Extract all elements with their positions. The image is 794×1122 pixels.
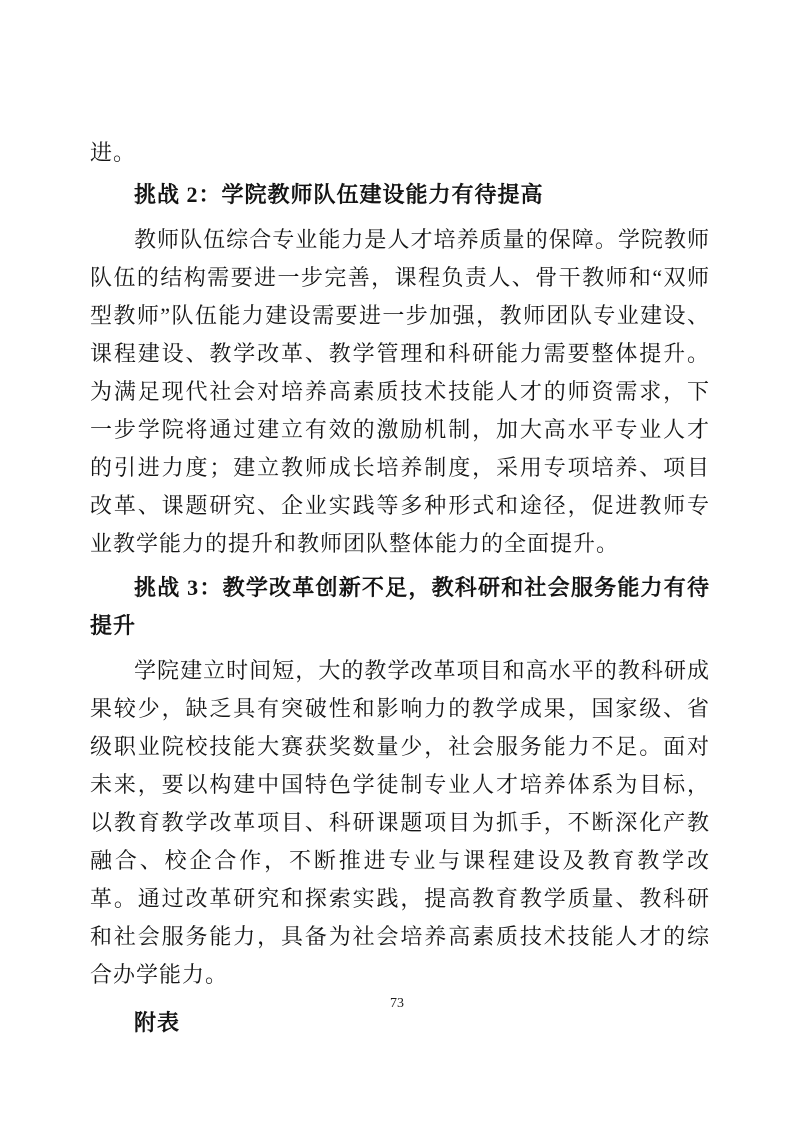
page-number: 73	[0, 995, 794, 1013]
section-heading-challenge-3: 挑战 3：教学改革创新不足，教科研和社会服务能力有待提升	[90, 569, 710, 645]
section-paragraph-challenge-3: 学院建立时间短，大的教学改革项目和高水平的教科研成果较少，缺乏具有突破性和影响力…	[90, 652, 710, 994]
document-page: 进。 挑战 2：学院教师队伍建设能力有待提高 教师队伍综合专业能力是人才培养质量…	[0, 0, 794, 1122]
section-heading-challenge-2: 挑战 2：学院教师队伍建设能力有待提高	[90, 176, 710, 214]
paragraph-continuation: 进。	[90, 134, 710, 172]
section-paragraph-challenge-2: 教师队伍综合专业能力是人才培养质量的保障。学院教师队伍的结构需要进一步完善，课程…	[90, 221, 710, 563]
